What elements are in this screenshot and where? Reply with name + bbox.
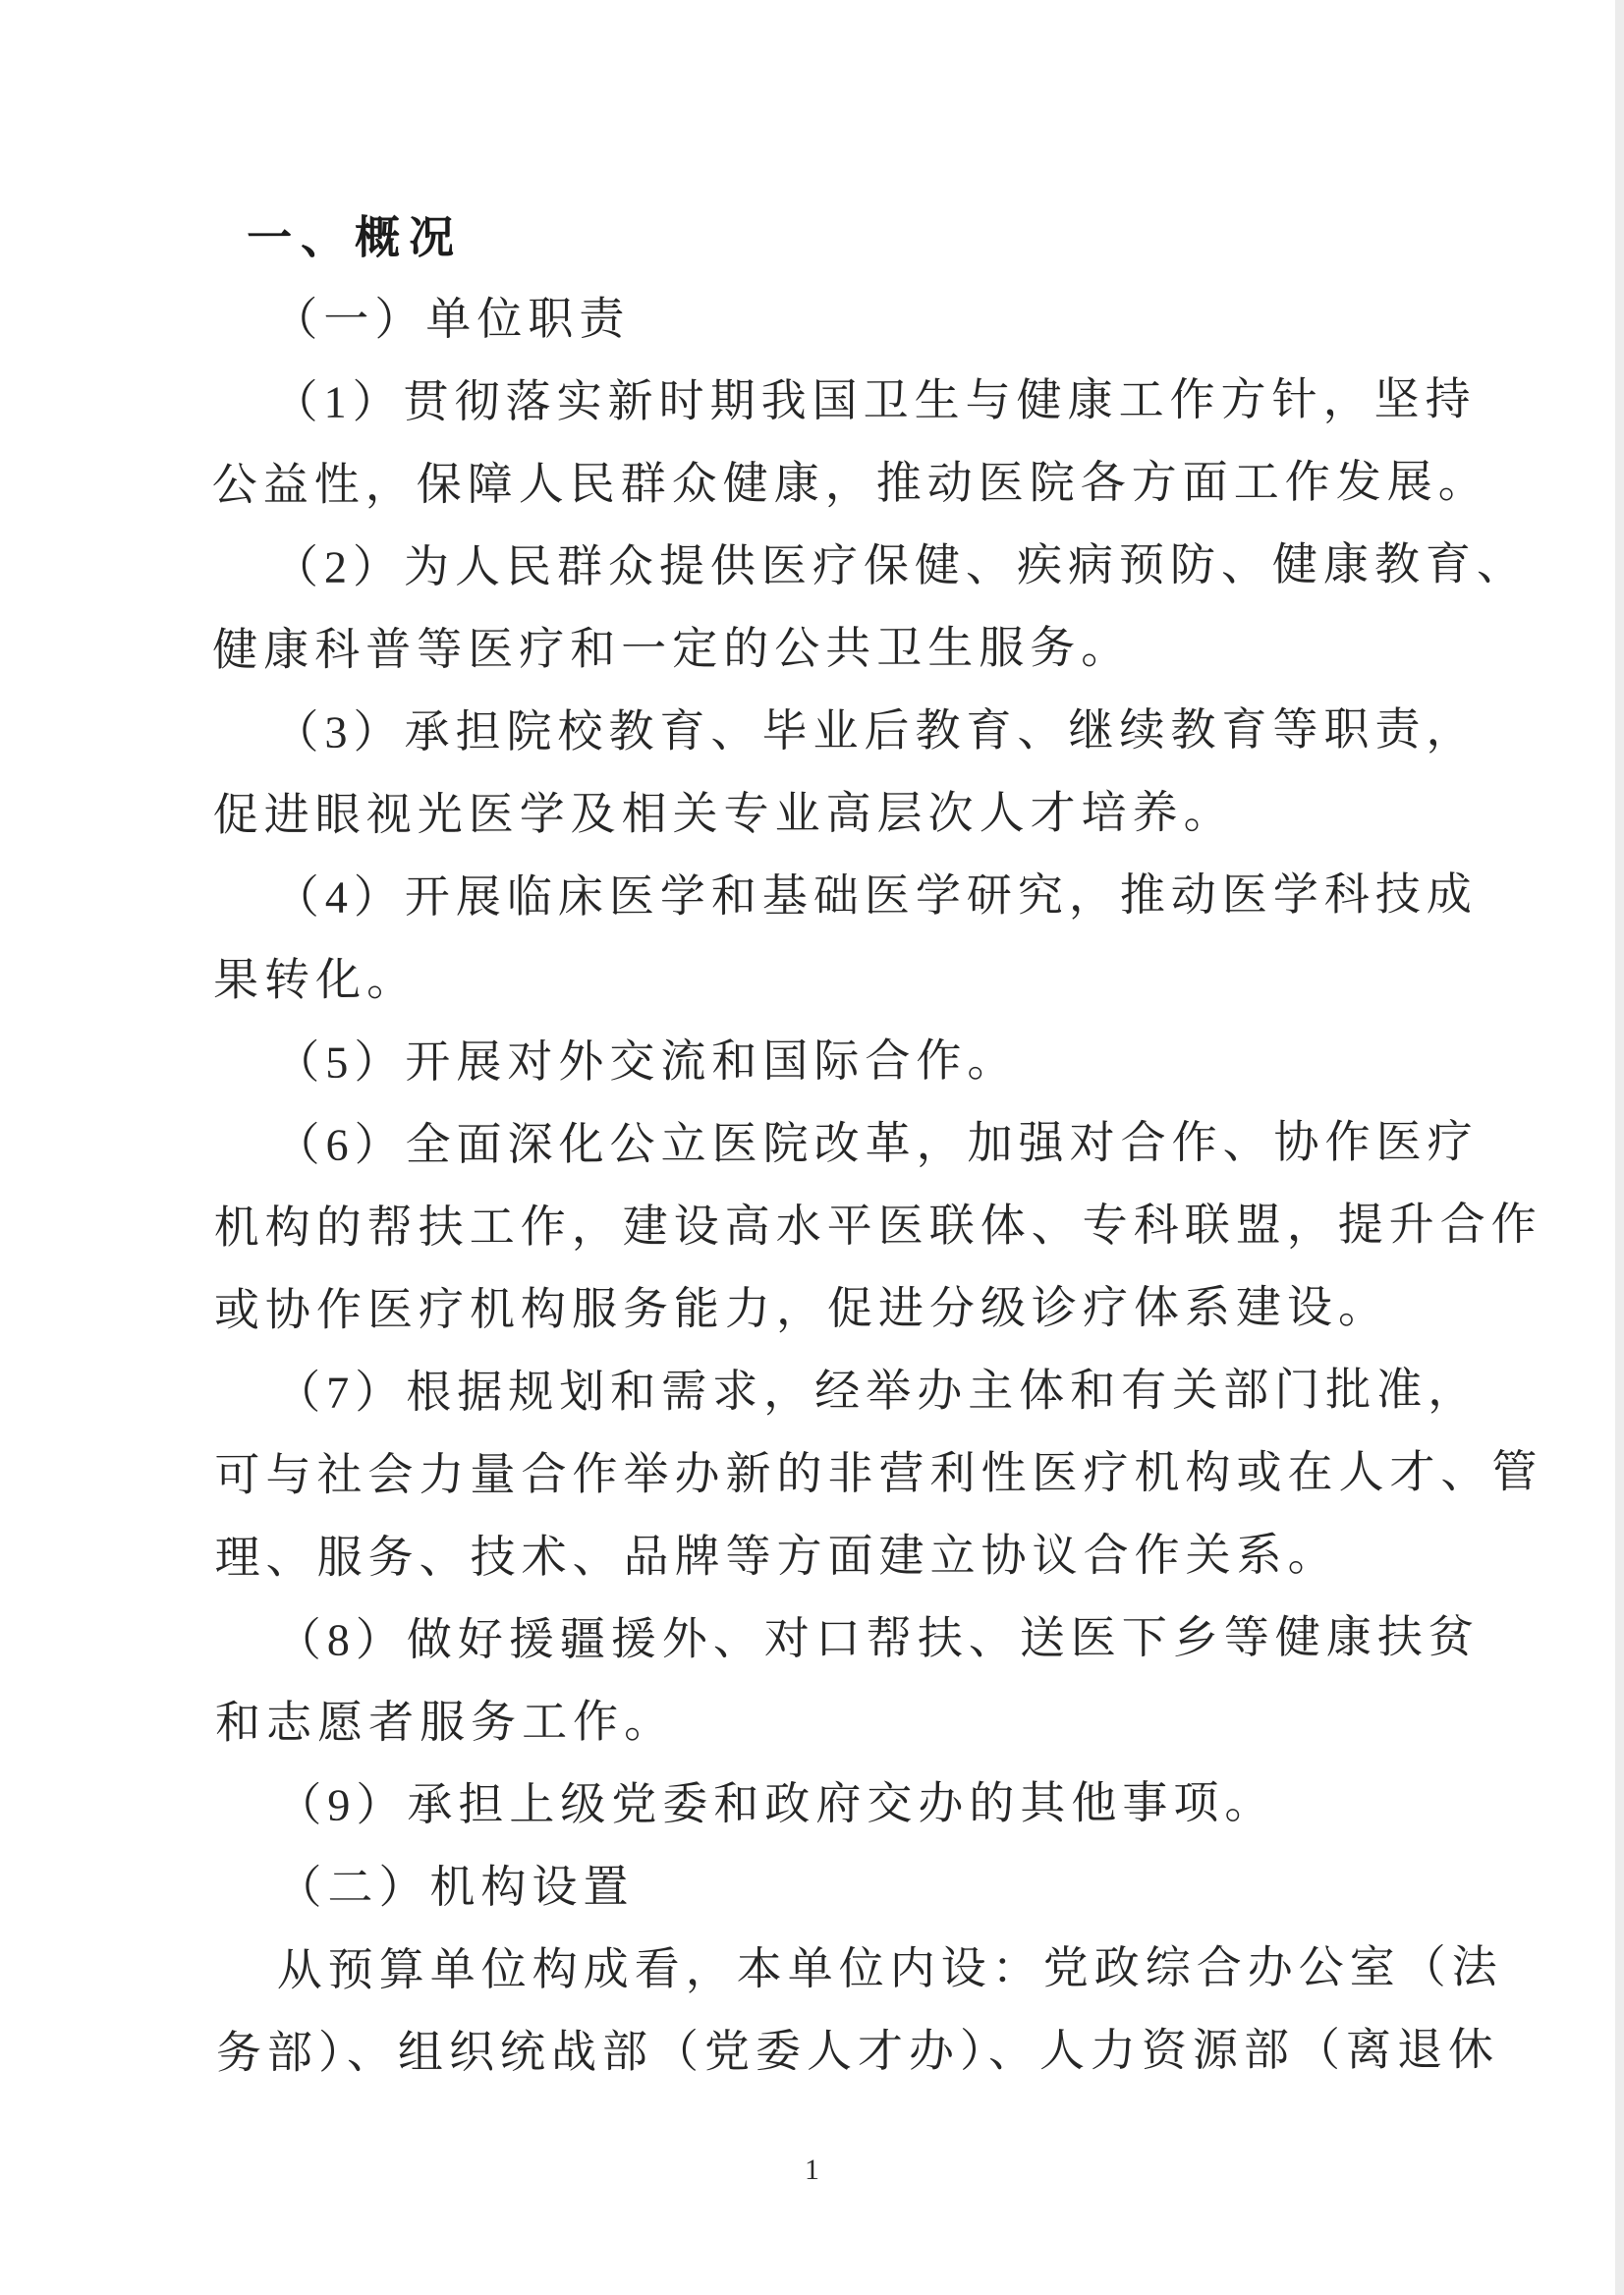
- page-number: 1: [0, 2154, 1624, 2187]
- text-line: （7）根据规划和需求，经举办主体和有关部门批准，: [214, 1349, 1472, 1434]
- text-line: （5）开展对外交流和国际合作。: [213, 1019, 1471, 1104]
- text-line: 从预算单位构成看，本单位内设：党政综合办公室（法: [216, 1927, 1474, 2012]
- document-body: 一、概况 （一）单位职责 （1）贯彻落实新时期我国卫生与健康工作方针，坚持 公益…: [211, 194, 1474, 2095]
- text-line: 公益性，保障人民群众健康，推动医院各方面工作发展。: [212, 441, 1470, 527]
- text-line: 促进眼视光医学及相关专业高层次人才培养。: [213, 771, 1471, 857]
- text-line: （3）承担院校教育、毕业后教育、继续教育等职责，: [212, 689, 1470, 774]
- text-line: （4）开展临床医学和基础医学研究，推动医学科技成: [213, 854, 1471, 939]
- subsection-heading: （二）机构设置: [215, 1844, 1473, 1930]
- text-line: （9）承担上级党委和政府交办的其他事项。: [215, 1762, 1473, 1847]
- text-line: （6）全面深化公立医院改革，加强对合作、协作医疗: [213, 1101, 1471, 1187]
- text-line: 可与社会力量合作举办新的非营利性医疗机构或在人才、管: [214, 1431, 1472, 1517]
- section-heading: 一、概况: [211, 194, 1469, 279]
- text-line: （2）为人民群众提供医疗保健、疾病预防、健康教育、: [212, 524, 1470, 609]
- text-line: 和志愿者服务工作。: [215, 1679, 1473, 1764]
- text-line: （1）贯彻落实新时期我国卫生与健康工作方针，坚持: [211, 359, 1469, 444]
- text-line: 务部）、组织统战部（党委人才办）、人力资源部（离退休: [216, 2009, 1474, 2095]
- text-line: 或协作医疗机构服务能力，促进分级诊疗体系建设。: [214, 1266, 1472, 1352]
- text-line: 健康科普等医疗和一定的公共卫生服务。: [212, 606, 1470, 692]
- text-line: 理、服务、技术、品牌等方面建立协议合作关系。: [215, 1514, 1473, 1599]
- subsection-heading: （一）单位职责: [211, 276, 1469, 362]
- text-line: 机构的帮扶工作，建设高水平医联体、专科联盟，提升合作: [214, 1184, 1472, 1269]
- scan-edge-shadow: [1615, 0, 1624, 2295]
- scanned-document-page: 一、概况 （一）单位职责 （1）贯彻落实新时期我国卫生与健康工作方针，坚持 公益…: [0, 0, 1624, 2295]
- text-line: 果转化。: [213, 936, 1471, 1022]
- text-line: （8）做好援疆援外、对口帮扶、送医下乡等健康扶贫: [215, 1596, 1473, 1682]
